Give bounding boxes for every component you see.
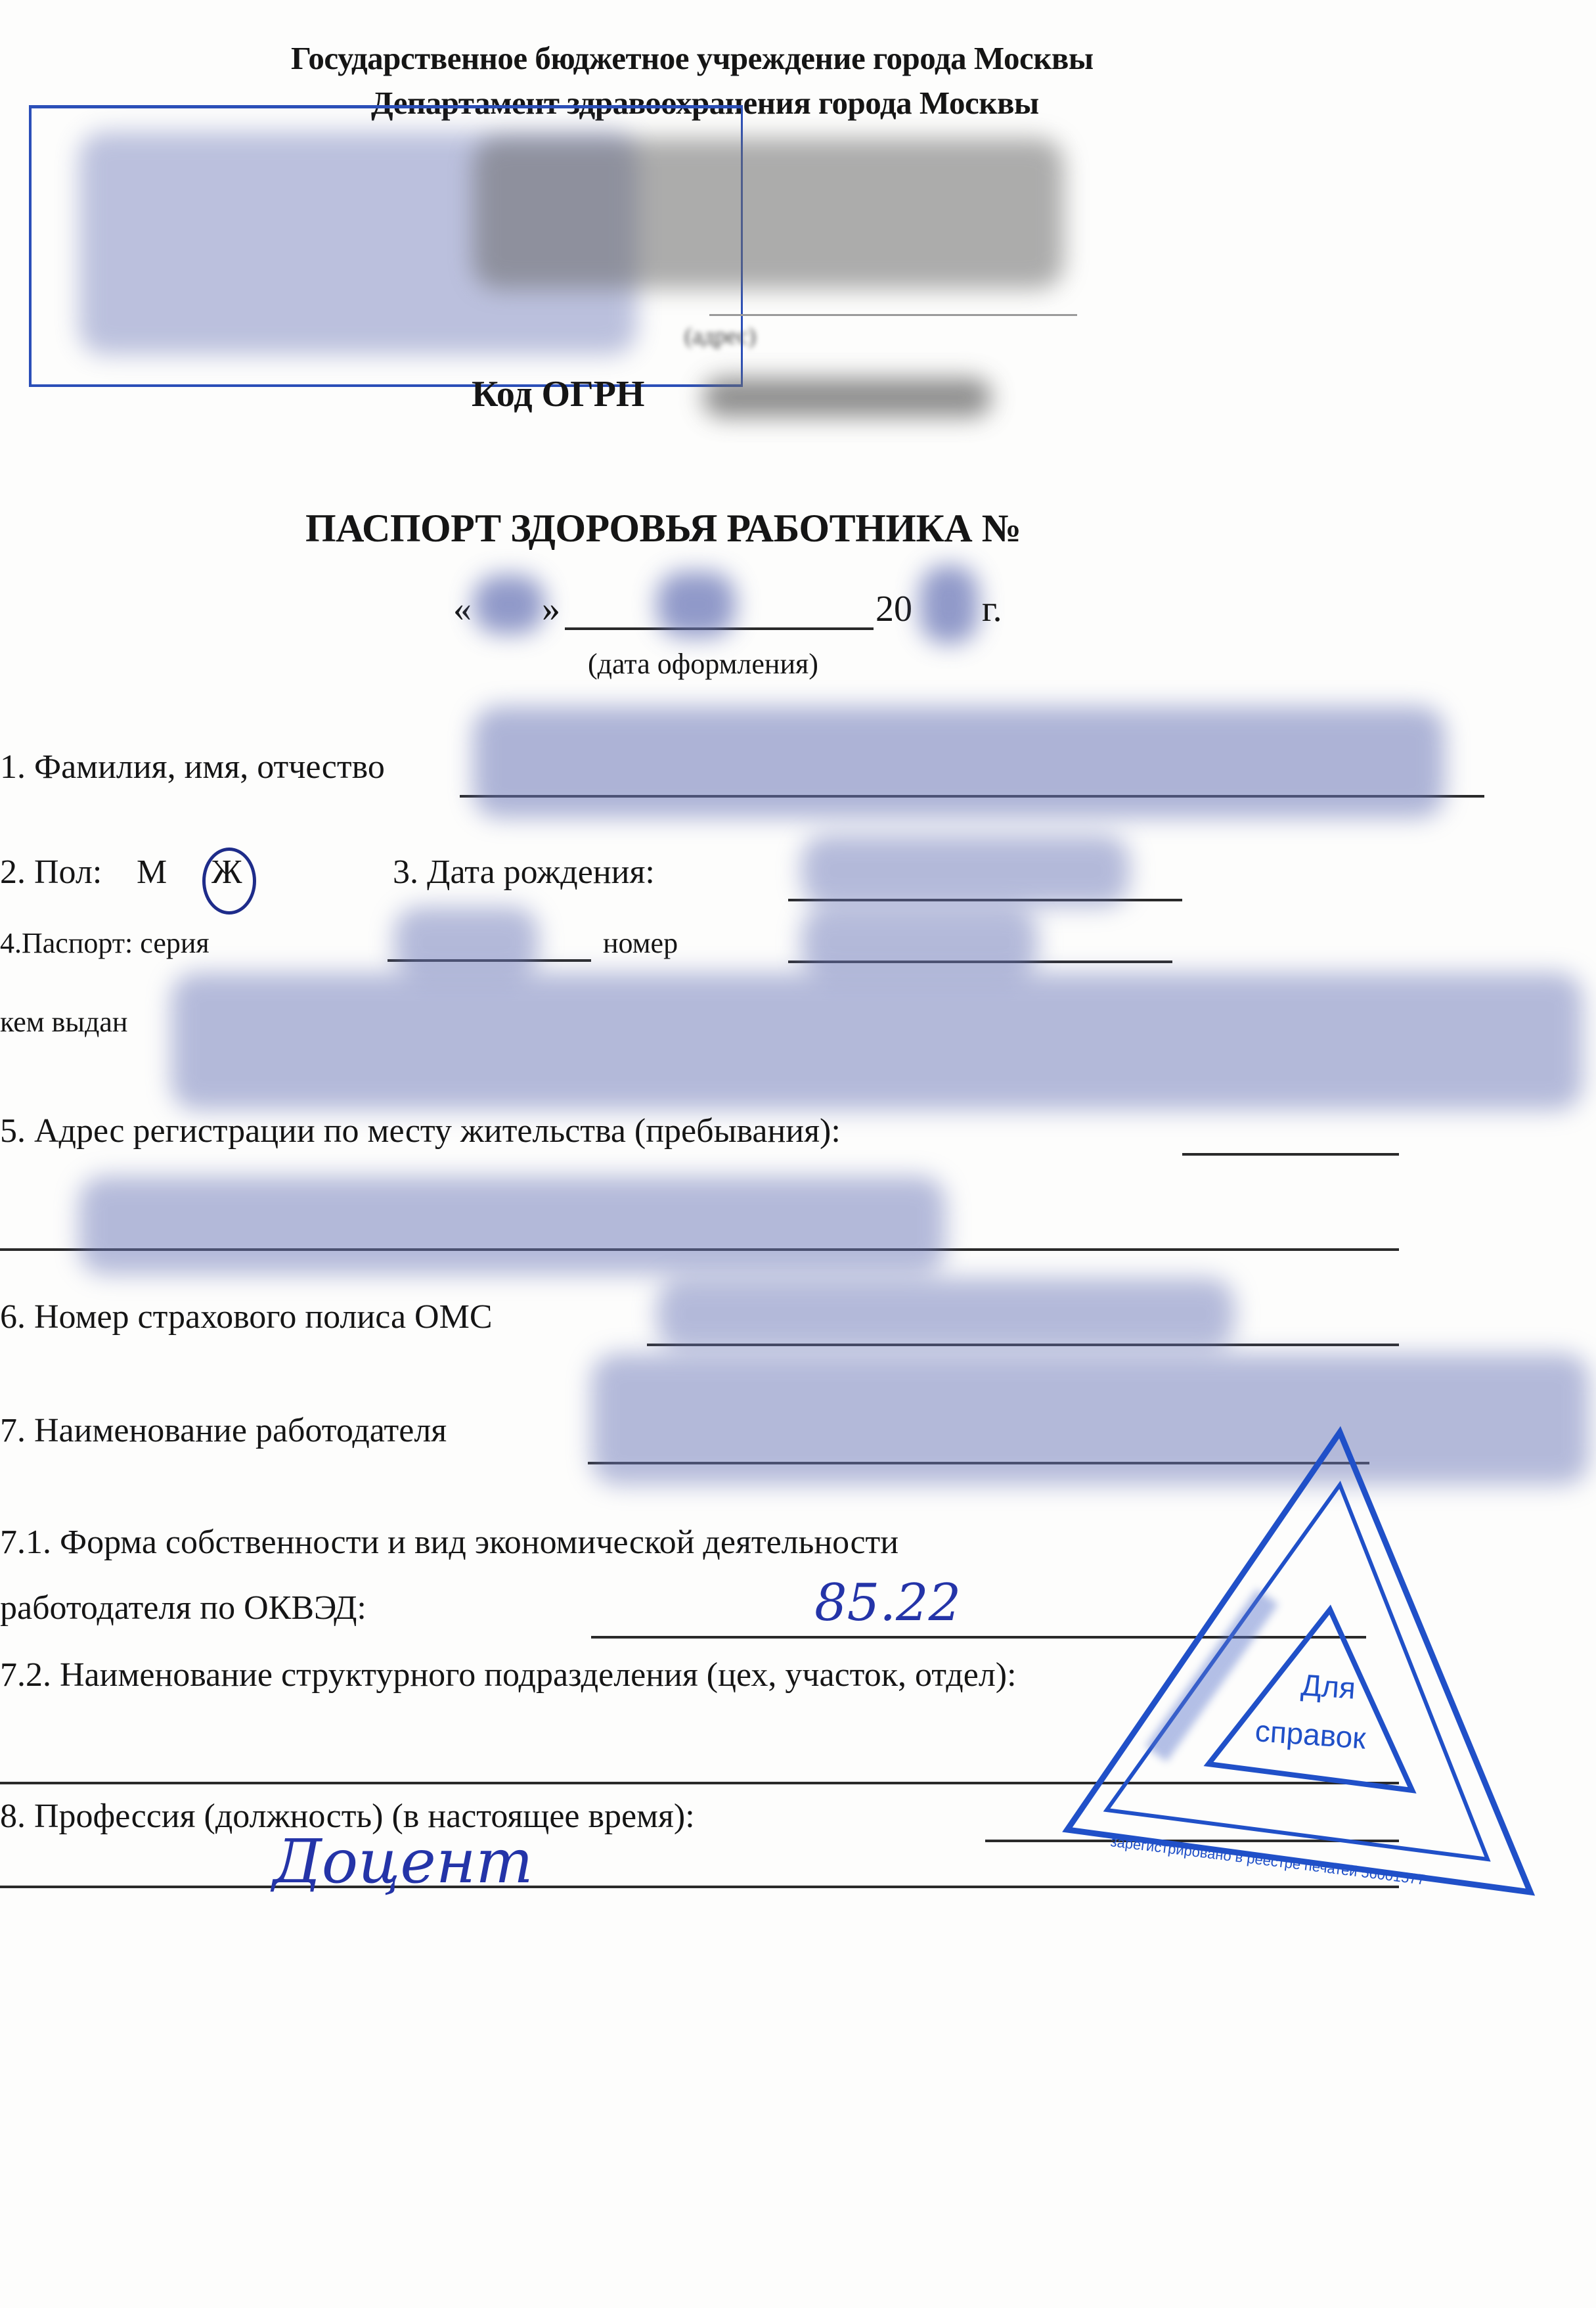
- sex-selection-circle: [202, 848, 256, 915]
- address-label: 5. Адрес регистрации по месту жительства…: [0, 1112, 841, 1150]
- fio-value-redacted: [473, 706, 1445, 818]
- sex-option-m[interactable]: М: [137, 853, 167, 892]
- triangle-stamp: Для справок зарегистрировано в реестре п…: [1051, 1413, 1596, 1938]
- ogrn-value-redacted: [703, 378, 992, 417]
- oms-value-redacted: [657, 1278, 1235, 1350]
- okved-label-line-2: работодателя по ОКВЭД:: [0, 1589, 366, 1627]
- passport-number-redacted: [801, 907, 1038, 979]
- date-day-redacted: [473, 575, 545, 634]
- passport-number-label: номер: [603, 926, 678, 960]
- employer-label: 7. Наименование работодателя: [0, 1411, 447, 1450]
- address-value-redacted: [79, 1176, 946, 1275]
- year-prefix: 20: [876, 588, 912, 630]
- stamp-center-line-1: Для: [1300, 1667, 1356, 1706]
- passport-series-redacted: [394, 907, 539, 979]
- org-block-redacted-text: [473, 138, 1064, 289]
- okved-value: 85.22: [814, 1573, 961, 1633]
- address-caption: (адрес): [684, 322, 756, 350]
- issued-by-label: кем выдан: [0, 1005, 127, 1039]
- stamp-center-line-2: справок: [1254, 1713, 1367, 1755]
- subdivision-label: 7.2. Наименование структурного подраздел…: [0, 1656, 1017, 1694]
- oms-label: 6. Номер страхового полиса ОМС: [0, 1298, 493, 1336]
- okved-label-line-1: 7.1. Форма собственности и вид экономиче…: [0, 1523, 898, 1562]
- profession-value: Доцент: [273, 1826, 533, 1897]
- stamp-border-text-bottom: зарегистрировано в реестре печатей 56001…: [1109, 1833, 1426, 1888]
- issued-by-redacted: [171, 972, 1583, 1110]
- document-title: ПАСПОРТ ЗДОРОВЬЯ РАБОТНИКА №: [305, 506, 1021, 551]
- ogrn-label: Код ОГРН: [472, 373, 644, 415]
- date-month-redacted: [657, 572, 736, 637]
- address-underline: [709, 314, 1077, 316]
- institution-name: Государственное бюджетное учреждение гор…: [291, 39, 1094, 77]
- sex-label: 2. Пол:: [0, 853, 102, 892]
- dob-label: 3. Дата рождения:: [393, 853, 655, 892]
- fio-label: 1. Фамилия, имя, отчество: [0, 748, 385, 786]
- date-close-quote: »: [542, 588, 560, 630]
- address-underline-1: [1182, 1153, 1399, 1156]
- year-suffix-redacted: [920, 565, 979, 644]
- date-open-quote: «: [453, 588, 472, 630]
- dob-value-redacted: [801, 834, 1130, 907]
- date-caption: (дата оформления): [588, 647, 818, 681]
- passport-series-label: 4.Паспорт: серия: [0, 926, 210, 960]
- year-unit: г.: [982, 588, 1002, 630]
